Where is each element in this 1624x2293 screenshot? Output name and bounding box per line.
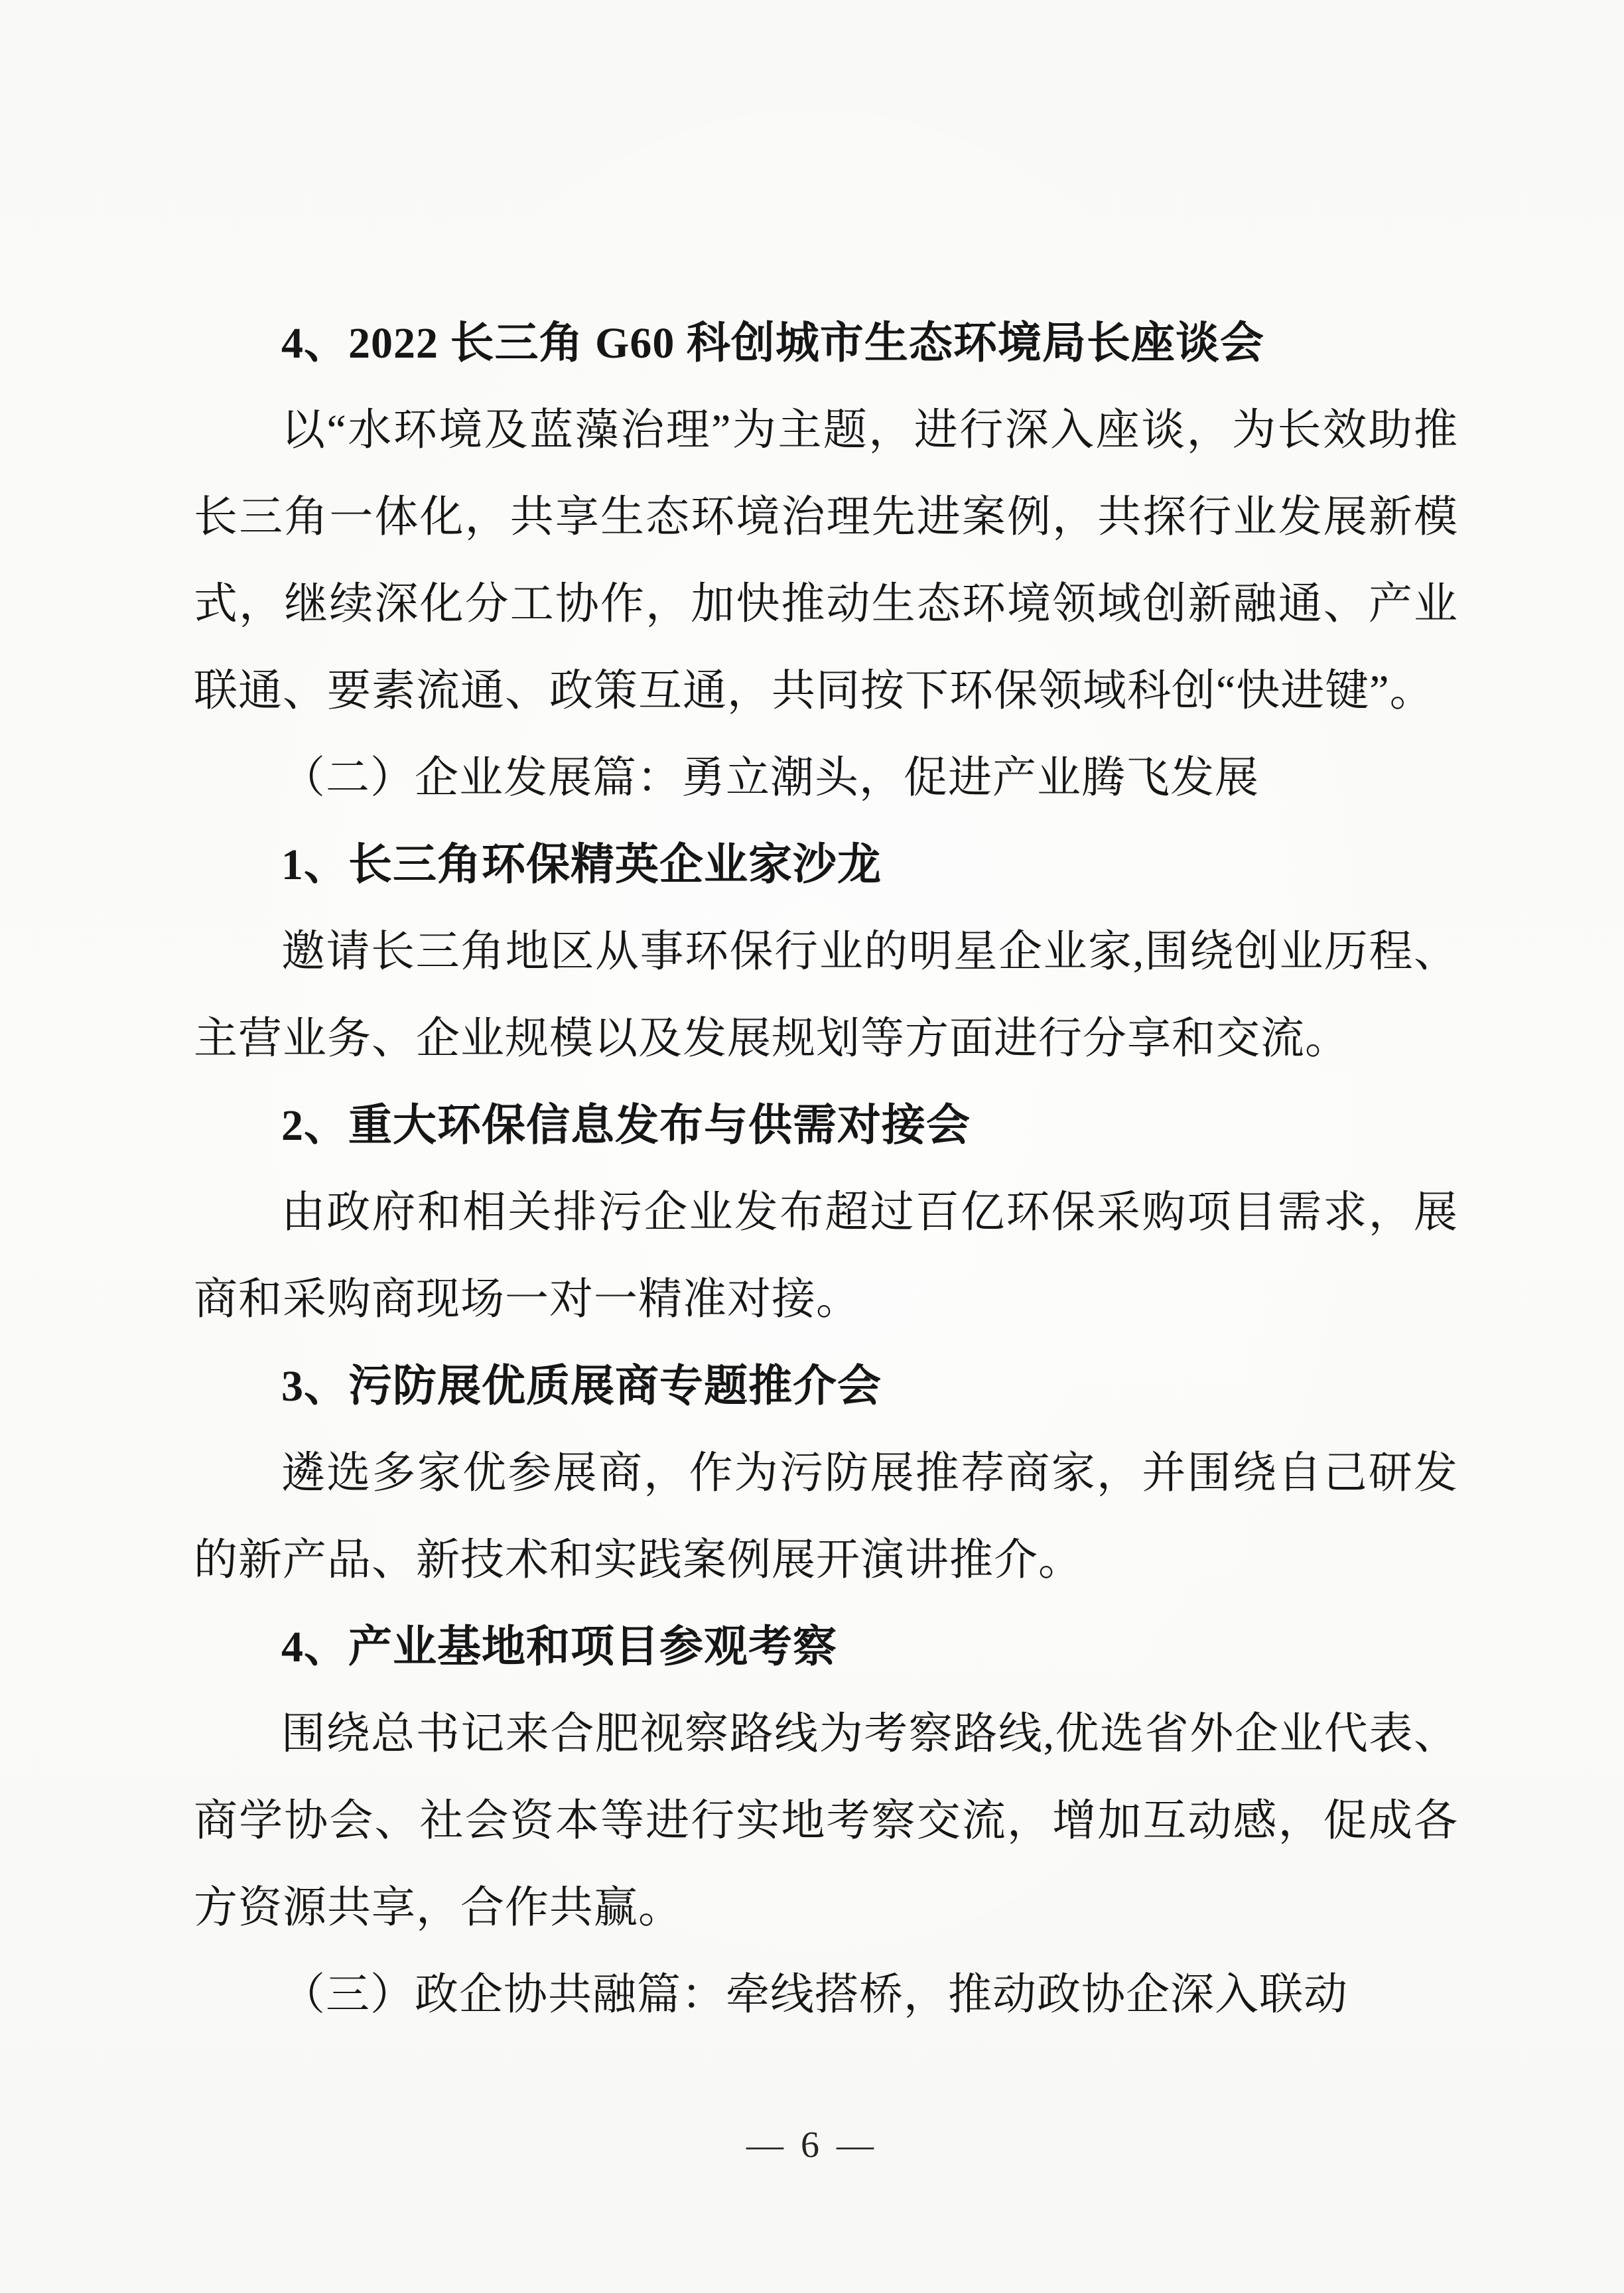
- page-number: — 6 —: [0, 2122, 1624, 2168]
- section-heading: 4、产业基地和项目参观考察: [194, 1604, 1458, 1691]
- section-heading: 4、2022 长三角 G60 科创城市生态环境局长座谈会: [194, 300, 1458, 387]
- paragraph: 由政府和相关排污企业发布超过百亿环保采购项目需求，展商和采购商现场一对一精准对接…: [194, 1169, 1458, 1343]
- paragraph: 邀请长三角地区从事环保行业的明星企业家,围绕创业历程、主营业务、企业规模以及发展…: [194, 908, 1458, 1082]
- paragraph: 遴选多家优参展商，作为污防展推荐商家，并围绕自己研发的新产品、新技术和实践案例展…: [194, 1430, 1458, 1604]
- paragraph: 围绕总书记来合肥视察路线为考察路线,优选省外企业代表、商学协会、社会资本等进行实…: [194, 1691, 1458, 1951]
- section-heading: 2、重大环保信息发布与供需对接会: [194, 1082, 1458, 1169]
- subsection-heading: （二）企业发展篇：勇立潮头，促进产业腾飞发展: [194, 734, 1458, 821]
- subsection-heading: （三）政企协共融篇：牵线搭桥，推动政协企深入联动: [194, 1951, 1458, 2038]
- section-heading: 1、长三角环保精英企业家沙龙: [194, 821, 1458, 908]
- section-heading: 3、污防展优质展商专题推介会: [194, 1343, 1458, 1430]
- paragraph: 以“水环境及蓝藻治理”为主题，进行深入座谈，为长效助推长三角一体化，共享生态环境…: [194, 387, 1458, 734]
- document-page: 4、2022 长三角 G60 科创城市生态环境局长座谈会 以“水环境及蓝藻治理”…: [0, 0, 1624, 2293]
- text-body: 4、2022 长三角 G60 科创城市生态环境局长座谈会 以“水环境及蓝藻治理”…: [194, 300, 1458, 2038]
